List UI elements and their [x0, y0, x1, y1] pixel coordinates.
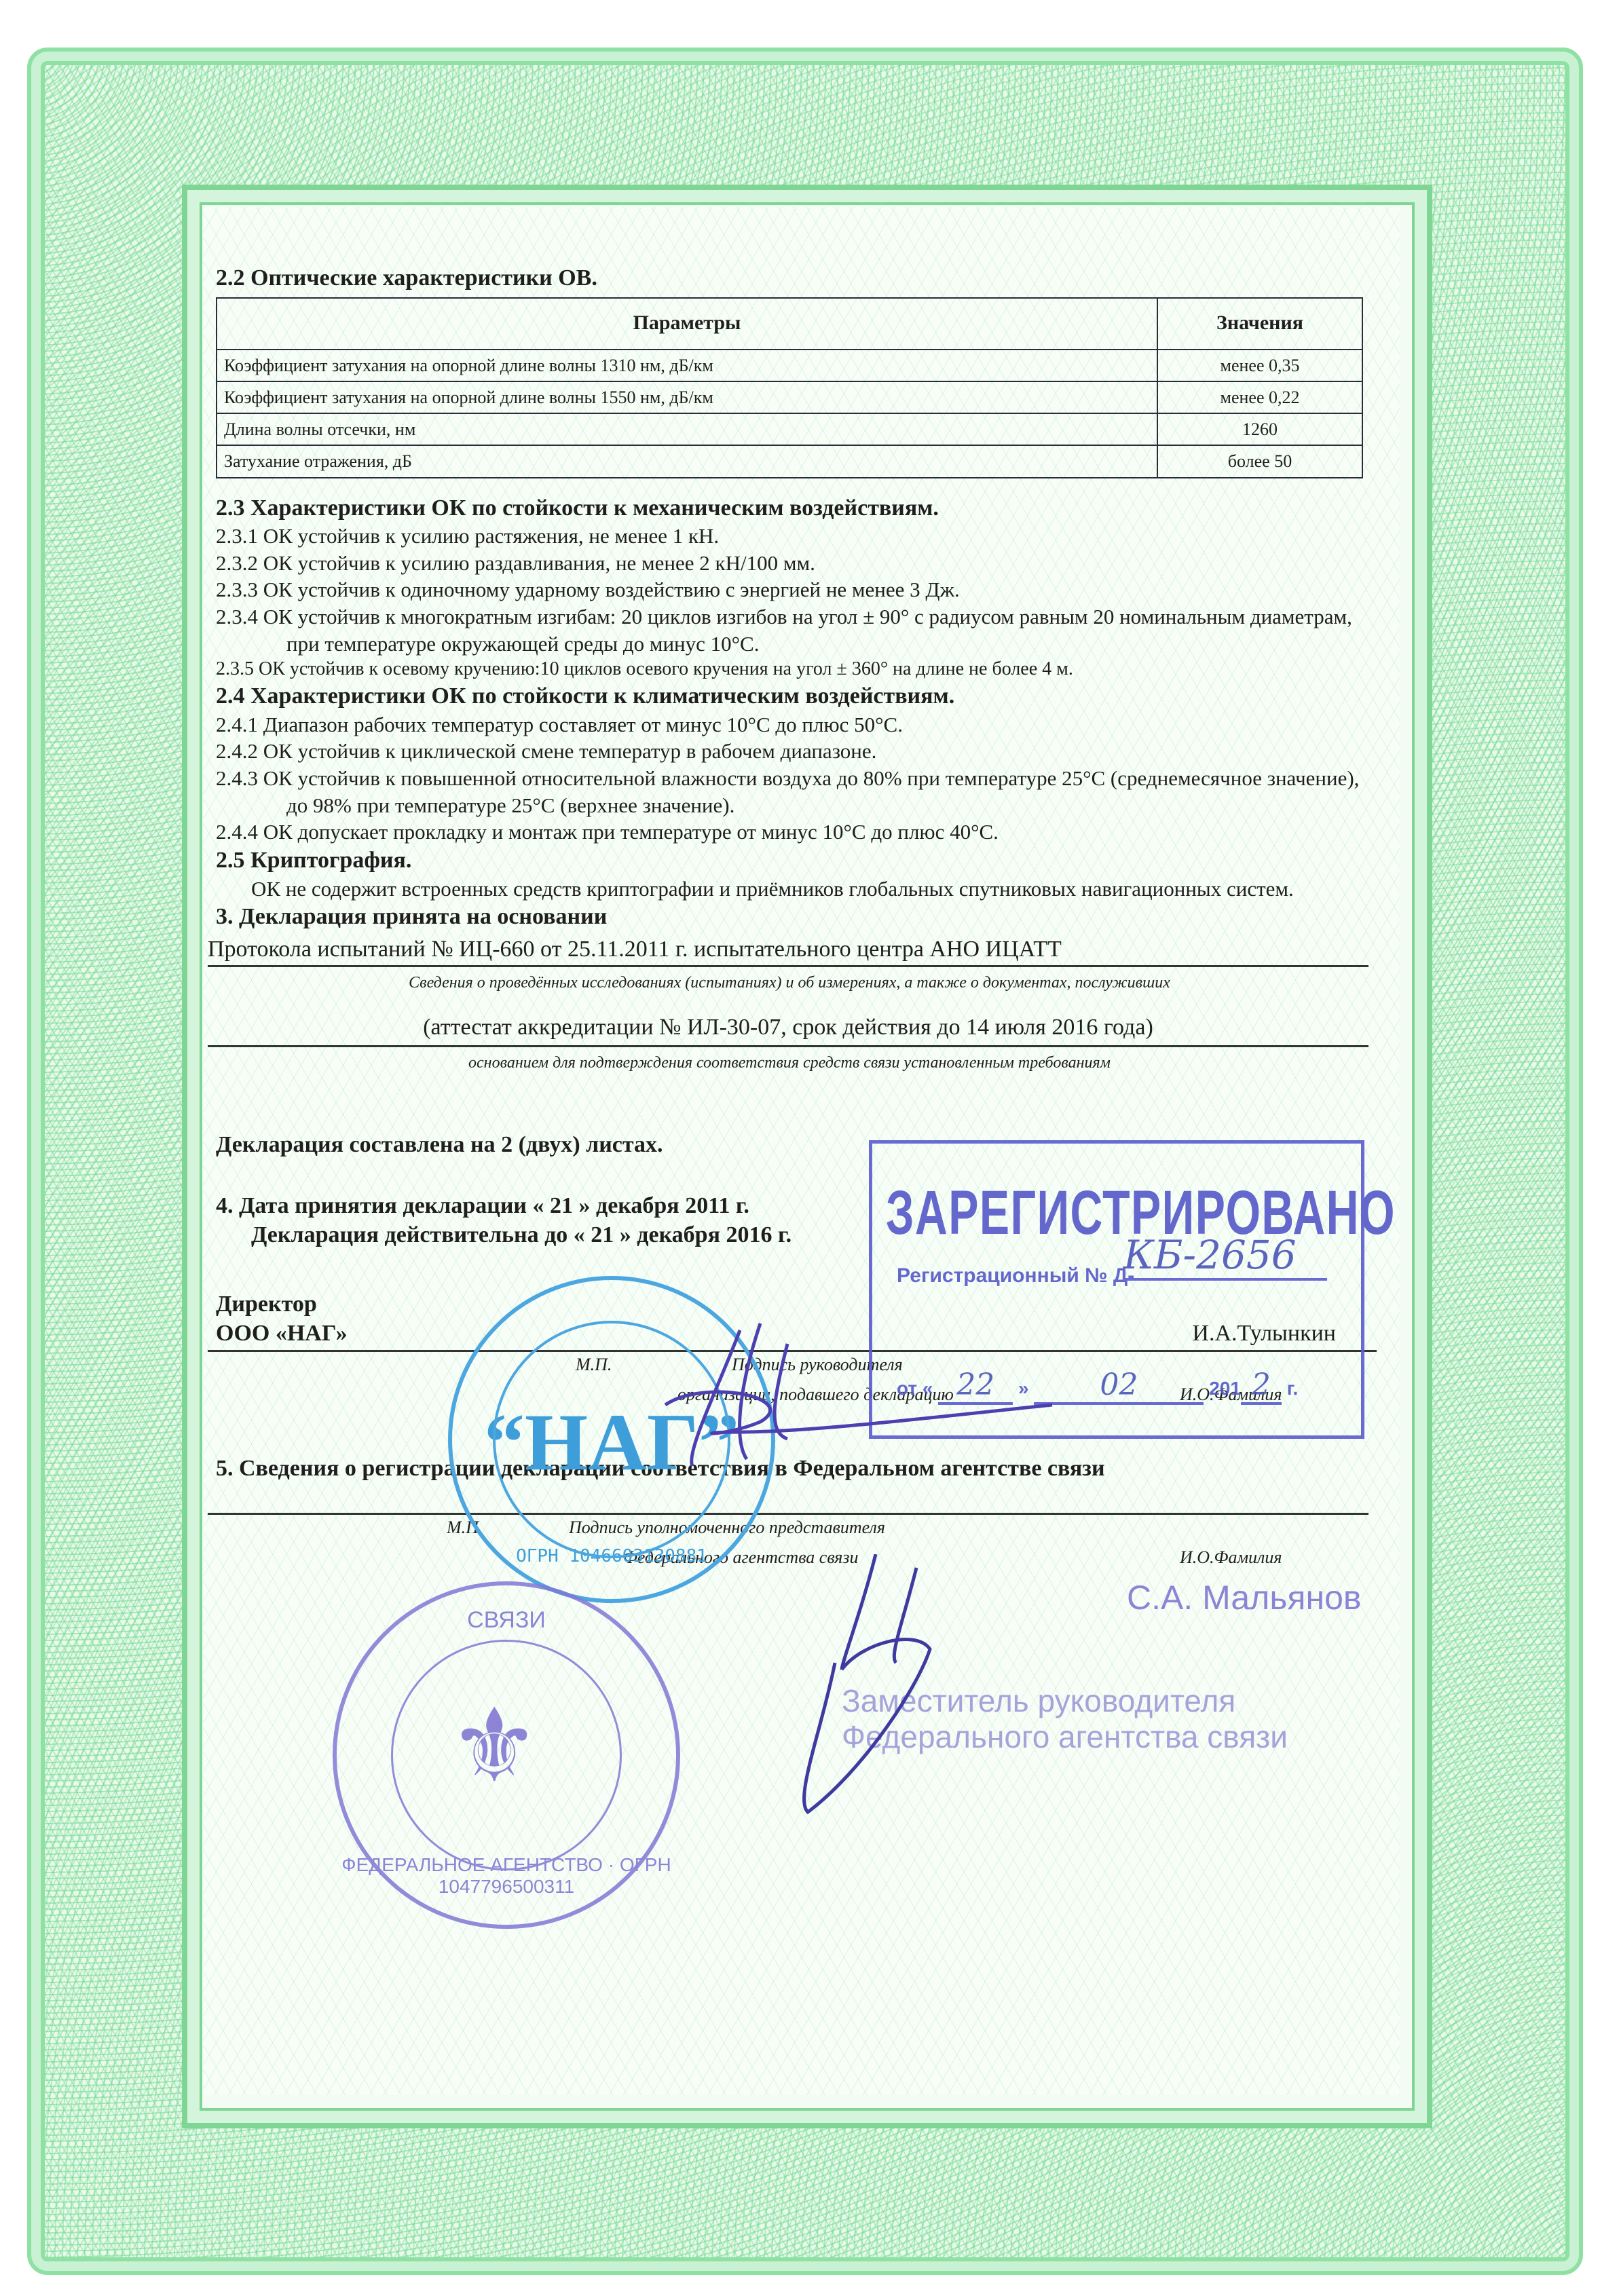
section-5-title: 5. Сведения о регистрации декларации соо…	[216, 1454, 1363, 1484]
accreditation-certificate: (аттестат аккредитации № ИЛ-30-07, срок …	[208, 1013, 1368, 1047]
optical-params-table: Параметры Значения Коэффициент затухания…	[216, 297, 1363, 478]
registration-month: 02	[1034, 1368, 1204, 1405]
year-end: г.	[1287, 1378, 1299, 1399]
year-prefix: 201	[1209, 1378, 1241, 1399]
section-2-3-title: 2.3 Характеристики ОК по стойкости к мех…	[216, 493, 1363, 523]
table-row: Коэффициент затухания на опорной длине в…	[217, 350, 1362, 381]
registered-stamp: ЗАРЕГИСТРИРОВАНО Регистрационный № Д- КБ…	[869, 1140, 1364, 1439]
value-cell: менее 0,22	[1157, 381, 1362, 413]
date-quote: »	[1018, 1378, 1029, 1399]
param-cell: Коэффициент затухания на опорной длине в…	[217, 381, 1157, 413]
value-cell: менее 0,35	[1157, 350, 1362, 381]
company-seal-ogrn: ОГРН 1046603130881	[452, 1546, 771, 1566]
official-post-line-1: Заместитель руководителя	[842, 1683, 1288, 1719]
agency-seal: СВЯЗИ ⚜ ФЕДЕРАЛЬНОЕ АГЕНТСТВО · ОГРН 104…	[333, 1581, 680, 1929]
section-2-4-title: 2.4 Характеристики ОК по стойкости к кли…	[216, 681, 1363, 711]
registration-date: от « 22 » 02 2012 г.	[897, 1368, 1298, 1405]
certificate-note: основанием для подтверждения соответстви…	[216, 1053, 1363, 1074]
agency-seal-top: СВЯЗИ	[337, 1607, 676, 1634]
param-cell: Затухание отражения, дБ	[217, 445, 1157, 477]
list-item: 2.3.1 ОК устойчив к усилию растяжения, н…	[216, 523, 1363, 550]
registration-number: КБ-2656	[1123, 1232, 1327, 1281]
company-seal-center: “НАГ”	[452, 1395, 771, 1489]
registration-year: 2	[1241, 1368, 1282, 1405]
table-header-row: Параметры Значения	[217, 298, 1362, 350]
coat-of-arms-icon: ⚜	[449, 1687, 540, 1805]
official-post-stamp: Заместитель руководителя Федерального аг…	[842, 1683, 1288, 1755]
list-item: 2.3.4 ОК устойчив к многократным изгибам…	[216, 603, 1363, 657]
crypto-paragraph: ОК не содержит встроенных средств крипто…	[216, 876, 1363, 903]
registration-signature-labels: М.П. Подпись уполномоченного представите…	[216, 1515, 1363, 1576]
registration-day: 22	[938, 1368, 1013, 1405]
basis-note: Сведения о проведённых исследованиях (ис…	[216, 973, 1363, 994]
column-header-values: Значения	[1157, 298, 1362, 350]
table-row: Длина волны отсечки, нм1260	[217, 413, 1362, 445]
list-item: 2.4.3 ОК устойчив к повышенной относител…	[216, 765, 1363, 818]
table-row: Затухание отражения, дБболее 50	[217, 445, 1362, 477]
value-cell: 1260	[1157, 413, 1362, 445]
company-seal: “НАГ” ОГРН 1046603130881	[448, 1276, 775, 1603]
basis-protocol: Протокола испытаний № ИЦ-660 от 25.11.20…	[208, 935, 1368, 968]
column-header-params: Параметры	[217, 298, 1157, 350]
agency-seal-ring: ФЕДЕРАЛЬНОЕ АГЕНТСТВО · ОГРН 10477965003…	[337, 1854, 676, 1898]
section-2-5-title: 2.5 Криптография.	[216, 846, 1363, 876]
list-item: 2.4.1 Диапазон рабочих температур состав…	[216, 711, 1363, 738]
section-2-2-title: 2.2 Оптические характеристики ОВ.	[216, 263, 1363, 293]
registration-signature-line	[208, 1483, 1368, 1515]
list-item: 2.4.2 ОК устойчив к циклической смене те…	[216, 738, 1363, 765]
section-3-title: 3. Декларация принята на основании	[216, 902, 1363, 932]
registration-number-label: Регистрационный № Д-	[897, 1264, 1134, 1287]
list-item: 2.3.3 ОК устойчив к одиночному ударному …	[216, 576, 1363, 603]
name-label: И.О.Фамилия	[1180, 1546, 1282, 1568]
param-cell: Коэффициент затухания на опорной длине в…	[217, 350, 1157, 381]
param-cell: Длина волны отсечки, нм	[217, 413, 1157, 445]
list-item: 2.3.5 ОК устойчив к осевому кручению:10 …	[216, 657, 1363, 681]
official-post-line-2: Федерального агентства связи	[842, 1719, 1288, 1755]
date-prefix: от «	[897, 1378, 933, 1399]
organization-name: ООО «НАГ»	[216, 1319, 348, 1349]
list-item: 2.3.2 ОК устойчив к усилию раздавливания…	[216, 550, 1363, 577]
value-cell: более 50	[1157, 445, 1362, 477]
table-row: Коэффициент затухания на опорной длине в…	[217, 381, 1362, 413]
official-name-stamp: С.А. Мальянов	[1127, 1578, 1361, 1617]
list-item: 2.4.4 ОК допускает прокладку и монтаж пр…	[216, 818, 1363, 846]
